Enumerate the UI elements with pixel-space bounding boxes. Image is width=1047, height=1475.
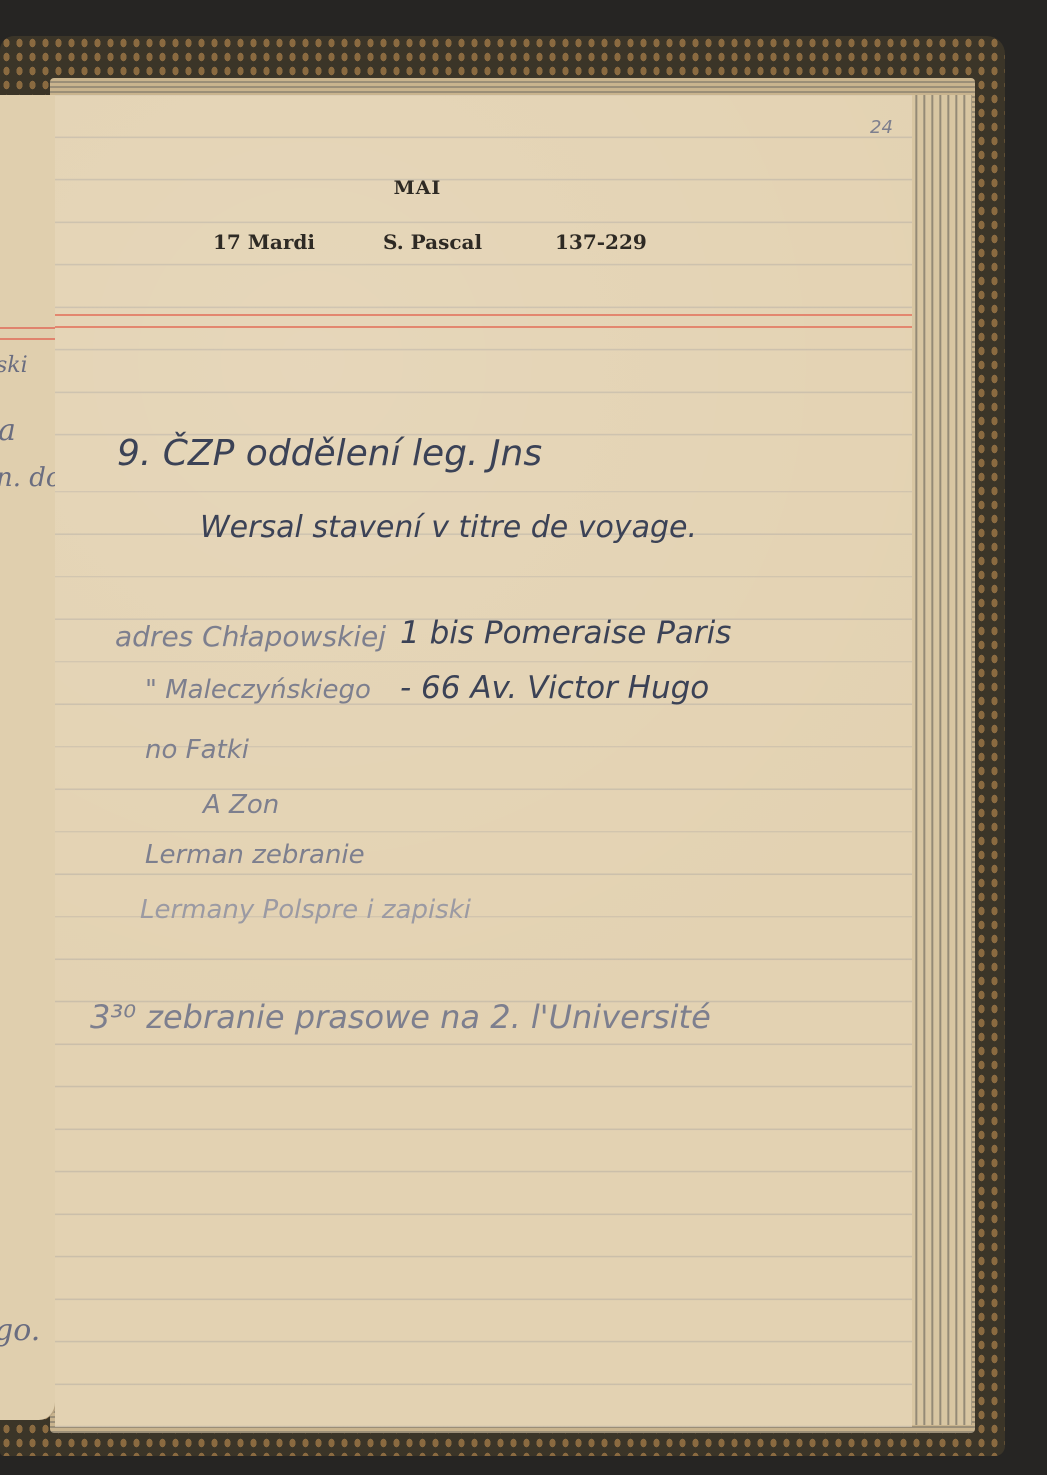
left-page-fragment: ski xyxy=(0,353,28,378)
left-page-fragment: go. xyxy=(0,1313,40,1348)
saint-name: S. Pascal xyxy=(383,230,482,254)
diary-page: 24 MAI 17 Mardi S. Pascal 137-229 9. ČZP… xyxy=(55,95,912,1427)
left-red-rule xyxy=(0,338,55,340)
page-stack-right-edge xyxy=(910,95,972,1425)
left-page-fragment: a xyxy=(0,413,16,448)
month-heading: MAI xyxy=(55,177,780,199)
page-number: 24 xyxy=(870,117,893,138)
entry-line: 1 bis Pomeraise Paris xyxy=(400,615,731,651)
entry-line: Lerman zebranie xyxy=(145,840,365,870)
left-page-fragment: n. do xyxy=(0,463,57,493)
entry-line: Wersal stavení v titre de voyage. xyxy=(200,510,697,545)
entry-line: Lermany Polspre i zapiski xyxy=(140,895,471,925)
left-page: ski a n. do go. xyxy=(0,95,57,1420)
entry-line: no Fatki xyxy=(145,735,249,765)
red-rule xyxy=(55,326,912,328)
day-label: 17 Mardi xyxy=(213,230,315,254)
entry-line: 9. ČZP oddělení leg. Jns xyxy=(117,433,542,474)
red-rule xyxy=(55,314,912,316)
entry-line: A Zon xyxy=(203,790,279,820)
entry-line: adres Chłapowskiej xyxy=(115,620,386,653)
entry-line: - 66 Av. Victor Hugo xyxy=(400,670,709,706)
day-count: 137-229 xyxy=(555,230,647,254)
entry-line: " Maleczyńskiego xyxy=(145,675,371,705)
left-red-rule xyxy=(0,327,55,329)
entry-line: 3³⁰ zebranie prasowe na 2. l'Université xyxy=(90,998,711,1036)
